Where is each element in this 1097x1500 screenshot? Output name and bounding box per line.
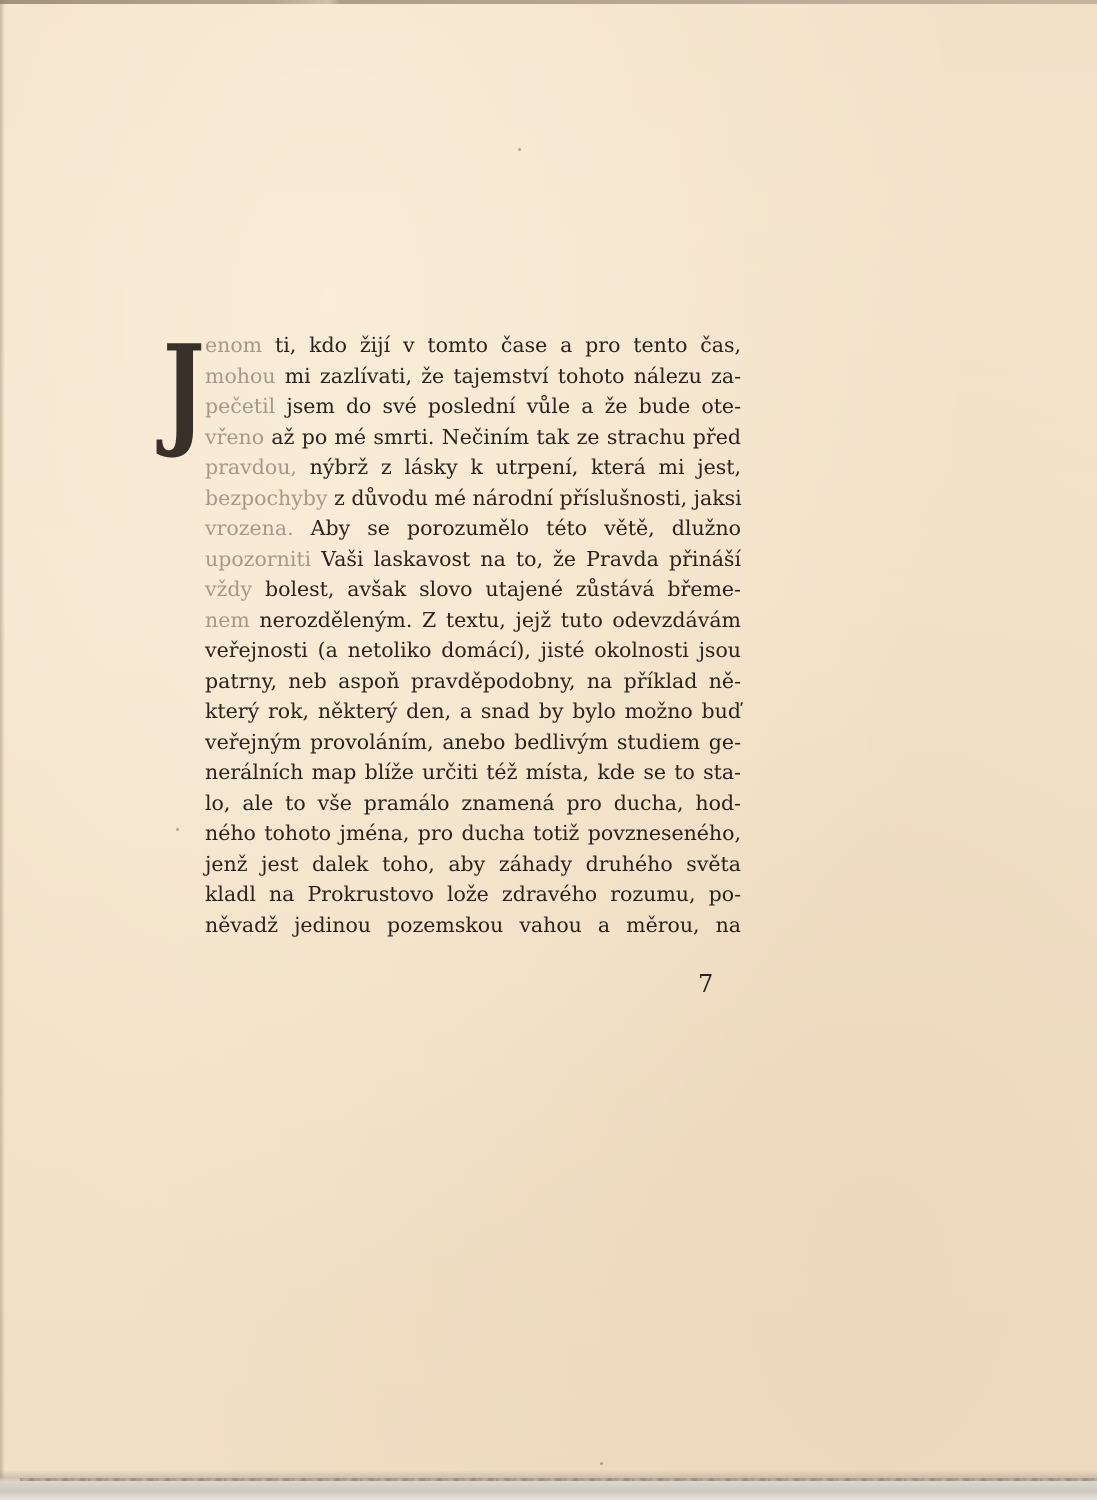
paper-speck <box>600 1462 603 1465</box>
drop-cap-letter: J <box>163 334 205 444</box>
text-line: vřeno až po mé smrti. Nečiním tak ze str… <box>205 422 741 453</box>
text-line: vždy bolest, avšak slovo utajené zůstává… <box>205 574 741 605</box>
text-line: jenž jest dalek toho, aby záhady druhého… <box>205 849 741 880</box>
paper-speck <box>518 148 521 151</box>
page-number: 7 <box>698 970 713 998</box>
text-line: ného tohoto jména, pro ducha totiž povzn… <box>205 818 741 849</box>
text-line: vrozena. Aby se porozumělo této větě, dl… <box>205 513 741 544</box>
text-line: bezpochyby z důvodu mé národní příslušno… <box>205 483 741 514</box>
text-line: veřejným provoláním, anebo bedlivým stud… <box>205 727 741 758</box>
page-bottom-torn-line <box>20 1478 1097 1481</box>
page-left-edge <box>0 0 5 1500</box>
text-line: upozorniti Vaši laskavost na to, že Prav… <box>205 544 741 575</box>
text-line: kladl na Prokrustovo lože zdravého rozum… <box>205 879 741 910</box>
page-top-edge <box>0 0 1097 4</box>
text-line: lo, ale to vše pramálo znamená pro ducha… <box>205 788 741 819</box>
text-line: patrny, neb aspoň pravděpodobny, na přík… <box>205 666 741 697</box>
text-line: nerálních map blíže určiti též místa, kd… <box>205 757 741 788</box>
body-paragraph: enom ti, kdo žijí v tomto čase a pro ten… <box>205 330 741 940</box>
paper-speck <box>176 828 179 831</box>
text-line: nem nerozděleným. Z textu, jejž tuto ode… <box>205 605 741 636</box>
text-line: veřejnosti (a netoliko domácí), jisté ok… <box>205 635 741 666</box>
page-bottom-deckle-edge <box>0 1470 1097 1500</box>
text-line: něvadž jedinou pozemskou vahou a měrou, … <box>205 910 741 941</box>
text-line: pravdou, nýbrž z lásky k utrpení, která … <box>205 452 741 483</box>
text-line: pečetil jsem do své poslední vůle a že b… <box>205 391 741 422</box>
book-page: J enom ti, kdo žijí v tomto čase a pro t… <box>0 0 1097 1500</box>
text-line: který rok, některý den, a snad by bylo m… <box>205 696 741 727</box>
text-line: mohou mi zazlívati, že tajemství tohoto … <box>205 361 741 392</box>
text-line: enom ti, kdo žijí v tomto čase a pro ten… <box>205 330 741 361</box>
